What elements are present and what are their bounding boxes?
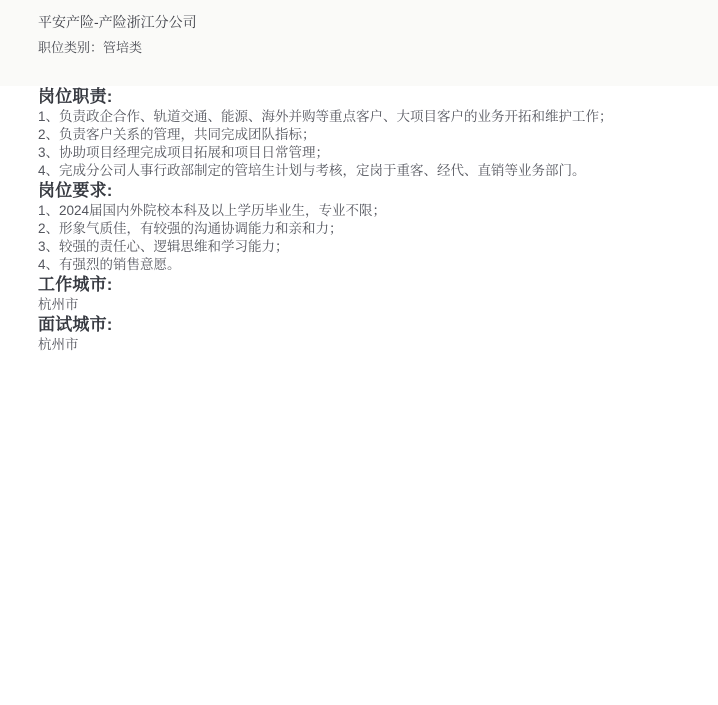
section-heading-work-city: 工作城市: (38, 274, 680, 296)
job-description-content: 岗位职责: 1、负责政企合作、轨道交通、能源、海外并购等重点客户、大项目客户的业… (0, 86, 718, 378)
job-detail-page: 平安产险-产险浙江分公司 职位类别：管培类 岗位职责: 1、负责政企合作、轨道交… (0, 0, 718, 705)
requirement-item: 4、有强烈的销售意愿。 (38, 256, 680, 274)
responsibility-item: 4、完成分公司人事行政部制定的管培生计划与考核，定岗于重客、经代、直销等业务部门… (38, 162, 680, 180)
requirement-item: 2、形象气质佳，有较强的沟通协调能力和亲和力； (38, 220, 680, 238)
work-city-value: 杭州市 (38, 296, 680, 314)
interview-city-value: 杭州市 (38, 336, 680, 354)
company-title: 平安产险-产险浙江分公司 (38, 13, 680, 32)
job-category-value: 管培类 (103, 40, 142, 55)
requirement-item: 3、较强的责任心、逻辑思维和学习能力； (38, 238, 680, 256)
responsibility-item: 1、负责政企合作、轨道交通、能源、海外并购等重点客户、大项目客户的业务开拓和维护… (38, 108, 680, 126)
section-responsibilities: 岗位职责: 1、负责政企合作、轨道交通、能源、海外并购等重点客户、大项目客户的业… (38, 86, 680, 180)
requirement-item: 1、2024届国内外院校本科及以上学历毕业生，专业不限； (38, 202, 680, 220)
section-work-city: 工作城市: 杭州市 (38, 274, 680, 314)
section-interview-city: 面试城市: 杭州市 (38, 314, 680, 354)
responsibility-item: 3、协助项目经理完成项目拓展和项目日常管理； (38, 144, 680, 162)
job-category-row: 职位类别：管培类 (38, 39, 680, 57)
section-heading-responsibilities: 岗位职责: (38, 86, 680, 108)
job-category-label: 职位类别： (38, 40, 103, 55)
section-heading-requirements: 岗位要求: (38, 180, 680, 202)
job-header: 平安产险-产险浙江分公司 职位类别：管培类 (0, 0, 718, 86)
responsibility-item: 2、负责客户关系的管理，共同完成团队指标； (38, 126, 680, 144)
section-heading-interview-city: 面试城市: (38, 314, 680, 336)
section-requirements: 岗位要求: 1、2024届国内外院校本科及以上学历毕业生，专业不限； 2、形象气… (38, 180, 680, 274)
